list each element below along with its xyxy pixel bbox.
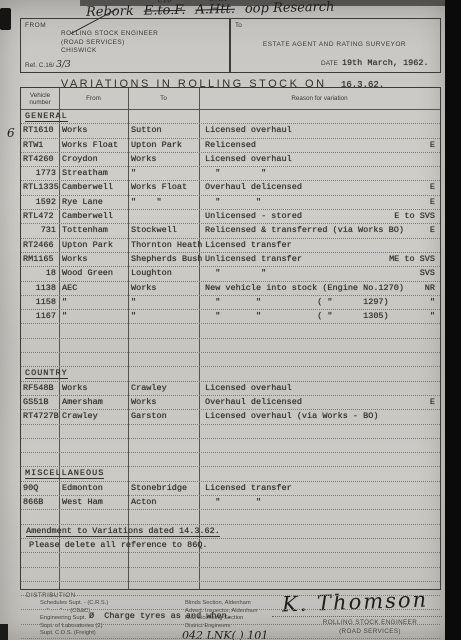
date-label: DATE: [321, 60, 338, 67]
table-row: 1592Rye Lane" " " "E: [21, 196, 440, 210]
cell-code: SVS: [420, 268, 435, 278]
handwritten-superscript: OHH: [209, 0, 227, 3]
cell-vehicle-number: RTL472: [21, 211, 58, 221]
cell-code: E: [430, 140, 435, 150]
table-row: RT4727BCrawleyGarstonLicensed overhaul (…: [21, 410, 440, 424]
table-row: 1167"" " " ( " 1305)": [21, 310, 440, 324]
cell-to: ": [131, 297, 136, 307]
cell-to: Works Float: [131, 182, 187, 192]
cell-from: Works: [62, 383, 88, 393]
cell-from: ": [62, 297, 67, 307]
cell-vehicle-number: 18: [21, 268, 58, 278]
blank-row: [21, 568, 440, 582]
blank-row: [21, 439, 440, 453]
col-header-vehicle-number: Vehicle number: [21, 88, 59, 109]
table-row: RT4260CroydonWorksLicensed overhaul: [21, 153, 440, 167]
cell-from: Camberwell: [62, 182, 113, 192]
cell-code: ": [430, 297, 435, 307]
cell-code: ": [430, 311, 435, 321]
handwritten-margin-mark: 6: [7, 126, 15, 140]
cell-reason: Overhaul delicensed: [205, 182, 302, 192]
cell-from: West Ham: [62, 497, 103, 507]
cell-reason: Licensed overhaul: [205, 154, 292, 164]
scan-artifact: [0, 8, 11, 30]
cell-vehicle-number: RTW1: [21, 140, 58, 150]
cell-to: Shepherds Bush: [131, 254, 202, 264]
cell-to: Stonebridge: [131, 483, 187, 493]
cell-from: Croydon: [62, 154, 98, 164]
table-rows: GENERALRT1610WorksSuttonLicensed overhau…: [21, 110, 440, 589]
cell-from: Crawley: [62, 411, 98, 421]
note-row: Amendment to Variations dated 14.3.62.: [21, 525, 440, 539]
from-address-line: (ROAD SERVICES): [61, 39, 158, 48]
cell-from: Tottenham: [62, 225, 108, 235]
cell-from: AEC: [62, 283, 77, 293]
cell-vehicle-number: RT1610: [21, 125, 58, 135]
cell-from: ": [62, 311, 67, 321]
blank-row: [21, 596, 440, 610]
cell-vehicle-number: 731: [21, 225, 58, 235]
date-line: DATE19th March, 1962.: [321, 58, 429, 68]
blank-row: [21, 625, 440, 639]
cell-from: Amersham: [62, 397, 103, 407]
cell-code: E: [430, 197, 435, 207]
table-row: RTW1Works FloatUpton ParkRelicensedE: [21, 139, 440, 153]
section-label: COUNTRY: [25, 368, 68, 379]
table-row: 90QEdmontonStonebridgeLicensed transfer: [21, 482, 440, 496]
table-row: 731TottenhamStockwellRelicensed & transf…: [21, 224, 440, 238]
note-text: Please delete all reference to 86Q.: [29, 540, 208, 550]
handwritten-word: E.to.F.C10: [144, 3, 186, 19]
from-address: ROLLING STOCK ENGINEER(ROAD SERVICES)CHI…: [61, 30, 158, 56]
blank-row: [21, 453, 440, 467]
cell-reason: " ": [205, 268, 266, 278]
section-label: GENERAL: [25, 111, 68, 122]
date-value: 19th March, 1962.: [342, 58, 429, 68]
cell-to: Works: [131, 283, 157, 293]
ref-label: Ref. C.16/: [25, 62, 54, 69]
cell-reason: Licensed transfer: [205, 240, 292, 250]
from-label: FROM: [25, 22, 46, 29]
cell-to: " ": [131, 197, 162, 207]
blank-row: [21, 582, 440, 596]
cell-reason: Unlicensed transfer: [205, 254, 302, 264]
table-row: RT2466Upton ParkThornton HeathLicensed t…: [21, 239, 440, 253]
cell-reason: Licensed transfer: [205, 483, 292, 493]
cell-to: ": [131, 311, 136, 321]
cell-reason: Relicensed: [205, 140, 256, 150]
from-address-line: ROLLING STOCK ENGINEER: [61, 30, 158, 39]
cell-vehicle-number: RTL1335: [21, 182, 58, 192]
cell-vehicle-number: 90Q: [21, 483, 58, 493]
to-label: To: [235, 22, 242, 29]
cell-from: Camberwell: [62, 211, 113, 221]
scan-artifact: [0, 624, 8, 640]
cell-reason: Relicensed & transferred (via Works BO): [205, 225, 404, 235]
blank-row: [21, 425, 440, 439]
blank-row: [21, 324, 440, 338]
cell-to: ": [131, 168, 136, 178]
cell-reason: Overhaul delicensed: [205, 397, 302, 407]
cell-code: E: [430, 182, 435, 192]
cell-reason: Licensed overhaul: [205, 383, 292, 393]
cell-reason: Unlicensed - stored: [205, 211, 302, 221]
cell-to: Loughton: [131, 268, 172, 278]
cell-vehicle-number: 1592: [21, 197, 58, 207]
table-row: RM1165WorksShepherds BushUnlicensed tran…: [21, 253, 440, 267]
cell-from: Edmonton: [62, 483, 103, 493]
scan-edge-right: [445, 0, 461, 640]
table-row: 18Wood GreenLoughton " "SVS: [21, 267, 440, 281]
blank-row: [21, 353, 440, 367]
ref-line: Ref. C.16/3/3: [25, 60, 71, 70]
table-row: 866BWest HamActon " ": [21, 496, 440, 510]
cell-reason: Licensed overhaul (via Works - BO): [205, 411, 378, 421]
cell-from: Works: [62, 254, 88, 264]
note-text: Amendment to Variations dated 14.3.62.: [26, 526, 220, 537]
table-row: RTL1335CamberwellWorks FloatOverhaul del…: [21, 181, 440, 195]
ref-handwritten: 3/3: [56, 60, 70, 70]
cell-code: E: [430, 397, 435, 407]
from-address-line: CHISWICK: [61, 47, 158, 56]
cell-reason: " ": [205, 168, 266, 178]
blank-row: [21, 339, 440, 353]
handwritten-superscript: C10: [157, 0, 171, 4]
note-row: Ø Charge tyres as and when.: [21, 610, 440, 624]
cell-reason: " " ( " 1305): [205, 311, 389, 321]
cell-from: Works Float: [62, 140, 118, 150]
cell-to: Upton Park: [131, 140, 182, 150]
col-header-to: To: [128, 88, 199, 109]
table-header: Vehicle number From To Reason for variat…: [21, 88, 440, 110]
cell-to: Sutton: [131, 125, 162, 135]
cell-vehicle-number: 1138: [21, 283, 58, 293]
note-text: Ø Charge tyres as and when.: [89, 611, 232, 621]
cell-vehicle-number: RF548B: [21, 383, 58, 393]
cell-code: ME to SVS: [389, 254, 435, 264]
blank-row: [21, 553, 440, 567]
section-row: COUNTRY: [21, 367, 440, 381]
section-label: MISCELLANEOUS: [25, 468, 104, 479]
cell-vehicle-number: 1773: [21, 168, 58, 178]
cell-from: Works: [62, 125, 88, 135]
table-row: RF548BWorksCrawleyLicensed overhaul: [21, 382, 440, 396]
cell-vehicle-number: RT2466: [21, 240, 58, 250]
cell-code: E: [430, 225, 435, 235]
table-row: 1773Streatham" " ": [21, 167, 440, 181]
cell-vehicle-number: 1158: [21, 297, 58, 307]
to-value: ESTATE AGENT AND RATING SURVEYOR: [229, 41, 440, 48]
cell-to: Acton: [131, 497, 157, 507]
cell-from: Wood Green: [62, 268, 113, 278]
form-header-box: FROM ROLLING STOCK ENGINEER(ROAD SERVICE…: [20, 18, 441, 73]
cell-reason: Licensed overhaul: [205, 125, 292, 135]
cell-reason: " ": [205, 197, 261, 207]
cell-code: E to SVS: [394, 211, 435, 221]
cell-vehicle-number: RT4727B: [21, 411, 58, 421]
section-row: MISCELLANEOUS: [21, 467, 440, 481]
col-header-from: From: [59, 88, 128, 109]
cell-reason: " " ( " 1297): [205, 297, 389, 307]
cell-from: Streatham: [62, 168, 108, 178]
note-row: Please delete all reference to 86Q.: [21, 539, 440, 553]
col-header-reason: Reason for variation: [199, 88, 440, 109]
variations-table: Vehicle number From To Reason for variat…: [20, 87, 441, 590]
cell-to: Stockwell: [131, 225, 177, 235]
cell-reason: New vehicle into stock (Engine No.1270): [205, 283, 404, 293]
cell-vehicle-number: GS51B: [21, 397, 58, 407]
cell-vehicle-number: 866B: [21, 497, 58, 507]
blank-row: [21, 510, 440, 524]
table-row: RT1610WorksSuttonLicensed overhaul: [21, 124, 440, 138]
cell-from: Upton Park: [62, 240, 113, 250]
cell-to: Thornton Heath: [131, 240, 202, 250]
cell-code: NR: [425, 283, 435, 293]
table-row: 1158"" " " ( " 1297)": [21, 296, 440, 310]
cell-to: Garston: [131, 411, 167, 421]
cell-reason: " ": [205, 497, 261, 507]
handwritten-word: oop Research: [245, 0, 335, 17]
table-row: GS51BAmershamWorksOverhaul delicensedE: [21, 396, 440, 410]
handwritten-word: A.Htt.OHH: [195, 2, 235, 18]
cell-to: Works: [131, 154, 157, 164]
section-row: GENERAL: [21, 110, 440, 124]
cell-vehicle-number: RT4260: [21, 154, 58, 164]
cell-to: Works: [131, 397, 157, 407]
cell-from: Rye Lane: [62, 197, 103, 207]
table-row: RTL472CamberwellUnlicensed - storedE to …: [21, 210, 440, 224]
cell-to: Crawley: [131, 383, 167, 393]
table-row: 1138AECWorksNew vehicle into stock (Engi…: [21, 282, 440, 296]
cell-vehicle-number: RM1165: [21, 254, 58, 264]
cell-vehicle-number: 1167: [21, 311, 58, 321]
